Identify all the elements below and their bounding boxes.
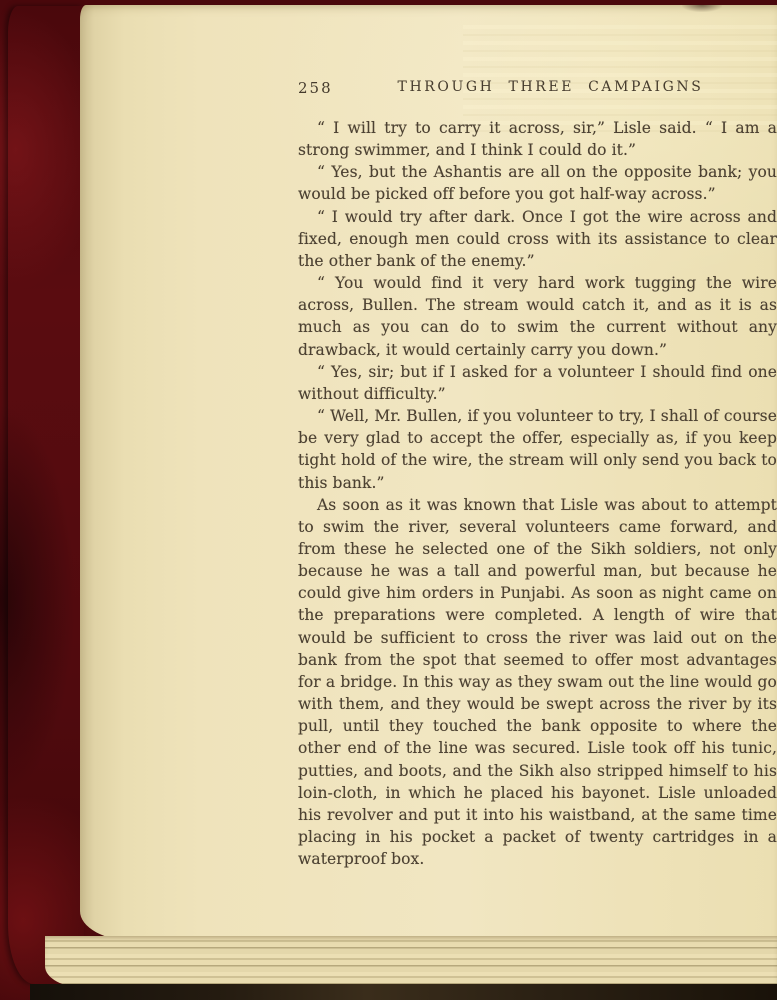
paragraph: “ Well, Mr. Bullen, if you volunteer to … [298, 405, 777, 494]
paragraph: “ I would try after dark. Once I got the… [298, 206, 777, 272]
paragraph: “ Yes, sir; but if I asked for a volunte… [298, 361, 777, 405]
running-head: 258 THROUGH THREE CAMPAIGNS [298, 79, 777, 101]
running-title: THROUGH THREE CAMPAIGNS [298, 79, 777, 95]
printed-content: 258 THROUGH THREE CAMPAIGNS “ I will try… [298, 79, 777, 870]
paragraph: “ Yes, but the Ashantis are all on the o… [298, 161, 777, 205]
paragraph: “ You would find it very hard work tuggi… [298, 272, 777, 361]
left-page-edges-stack [8, 6, 84, 984]
book-page: 258 THROUGH THREE CAMPAIGNS “ I will try… [80, 5, 777, 941]
book-photo-scene: 258 THROUGH THREE CAMPAIGNS “ I will try… [0, 0, 777, 1000]
paragraph: “ I will try to carry it across, sir,” L… [298, 117, 777, 161]
top-edge-smudge [682, 5, 722, 12]
bottom-dark-strip [30, 984, 777, 1000]
page-number: 258 [298, 79, 333, 97]
body-text: “ I will try to carry it across, sir,” L… [298, 117, 777, 870]
paragraph: As soon as it was known that Lisle was a… [298, 494, 777, 871]
bottom-page-edges-stack [45, 936, 777, 988]
